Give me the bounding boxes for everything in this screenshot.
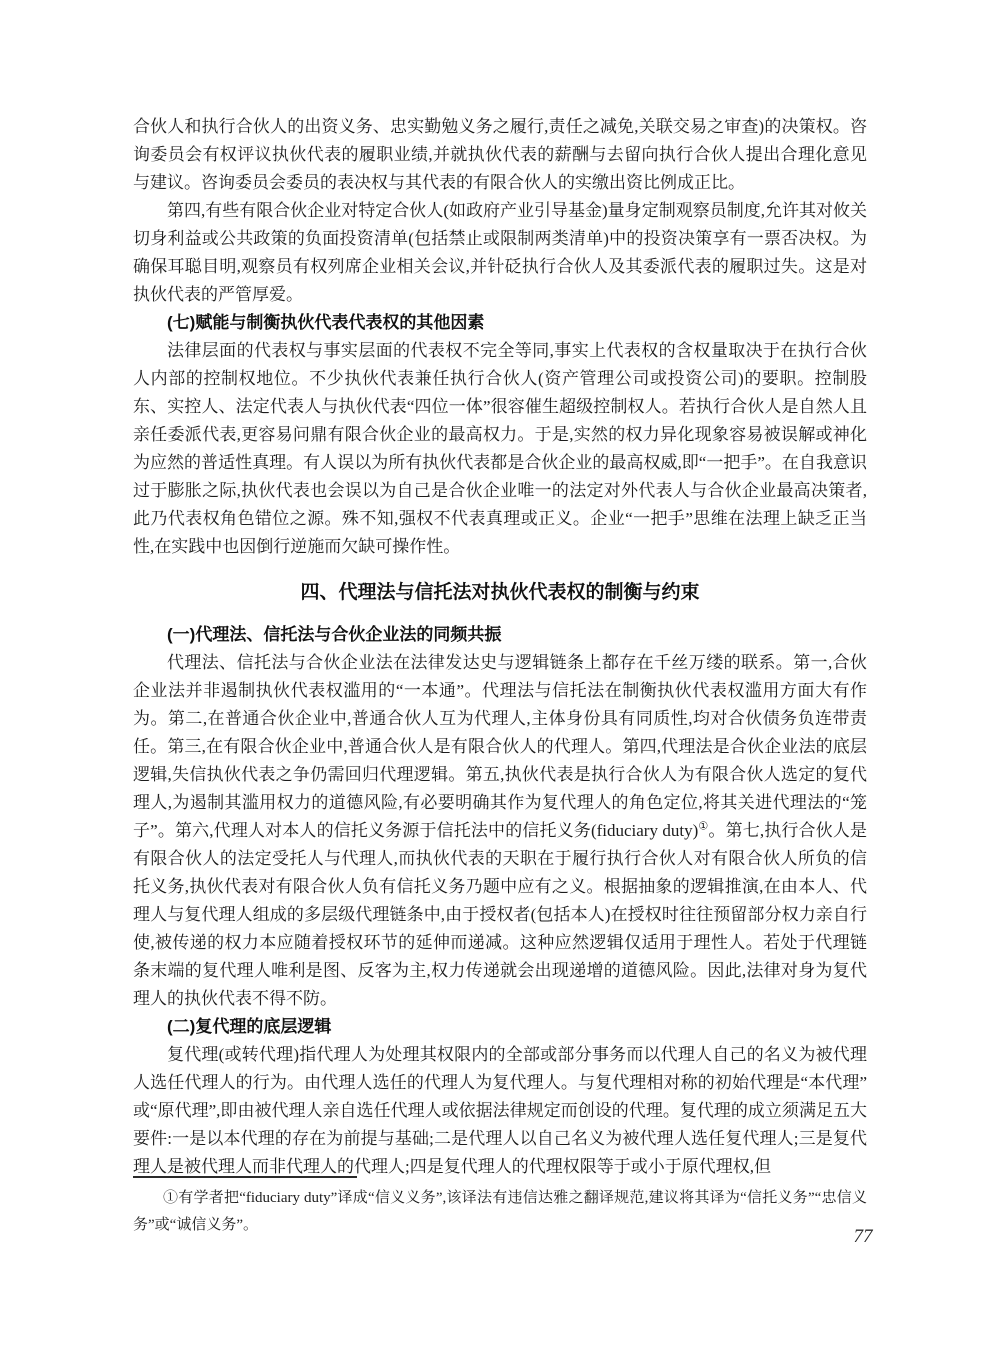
- paragraph-law-resonance: 代理法、信托法与合伙企业法在法律发达史与逻辑链条上都存在千丝万缕的联系。第一,合…: [133, 649, 867, 1013]
- paragraph-law-resonance-text-before: 代理法、信托法与合伙企业法在法律发达史与逻辑链条上都存在千丝万缕的联系。第一,合…: [133, 653, 867, 840]
- footnote-area: ①有学者把“fiduciary duty”译成“信义义务”,该译法有违信达雅之翻…: [133, 1176, 867, 1239]
- paragraph-observer-system: 第四,有些有限合伙企业对特定合伙人(如政府产业引导基金)量身定制观察员制度,允许…: [133, 197, 867, 309]
- document-page: 合伙人和执行合伙人的出资义务、忠实勤勉义务之履行,责任之减免,关联交易之审查)的…: [0, 0, 1000, 1347]
- page-number: 77: [843, 1226, 883, 1248]
- footnote-reference-marker: ①: [698, 820, 708, 832]
- subsection-heading-seven: (七)赋能与制衡执伙代表代表权的其他因素: [133, 309, 867, 337]
- footnote-divider-rule: [133, 1176, 357, 1178]
- footnote-text: ①有学者把“fiduciary duty”译成“信义义务”,该译法有违信达雅之翻…: [133, 1185, 867, 1239]
- section-heading-four: 四、代理法与信托法对执伙代表权的制衡与约束: [133, 577, 867, 609]
- paragraph-advisory-committee: 合伙人和执行合伙人的出资义务、忠实勤勉义务之履行,责任之减免,关联交易之审查)的…: [133, 113, 867, 197]
- page-content: 合伙人和执行合伙人的出资义务、忠实勤勉义务之履行,责任之减免,关联交易之审查)的…: [133, 113, 867, 1181]
- paragraph-power-alienation: 法律层面的代表权与事实层面的代表权不完全等同,事实上代表权的含权量取决于在执行合…: [133, 337, 867, 561]
- subsection-heading-two: (二)复代理的底层逻辑: [133, 1013, 867, 1041]
- paragraph-law-resonance-text-after: 。第七,执行合伙人是有限合伙人的法定受托人与代理人,而执伙代表的天职在于履行执行…: [133, 821, 867, 1008]
- paragraph-sub-agency: 复代理(或转代理)指代理人为处理其权限内的全部或部分事务而以代理人自己的名义为被…: [133, 1041, 867, 1181]
- subsection-heading-one: (一)代理法、信托法与合伙企业法的同频共振: [133, 621, 867, 649]
